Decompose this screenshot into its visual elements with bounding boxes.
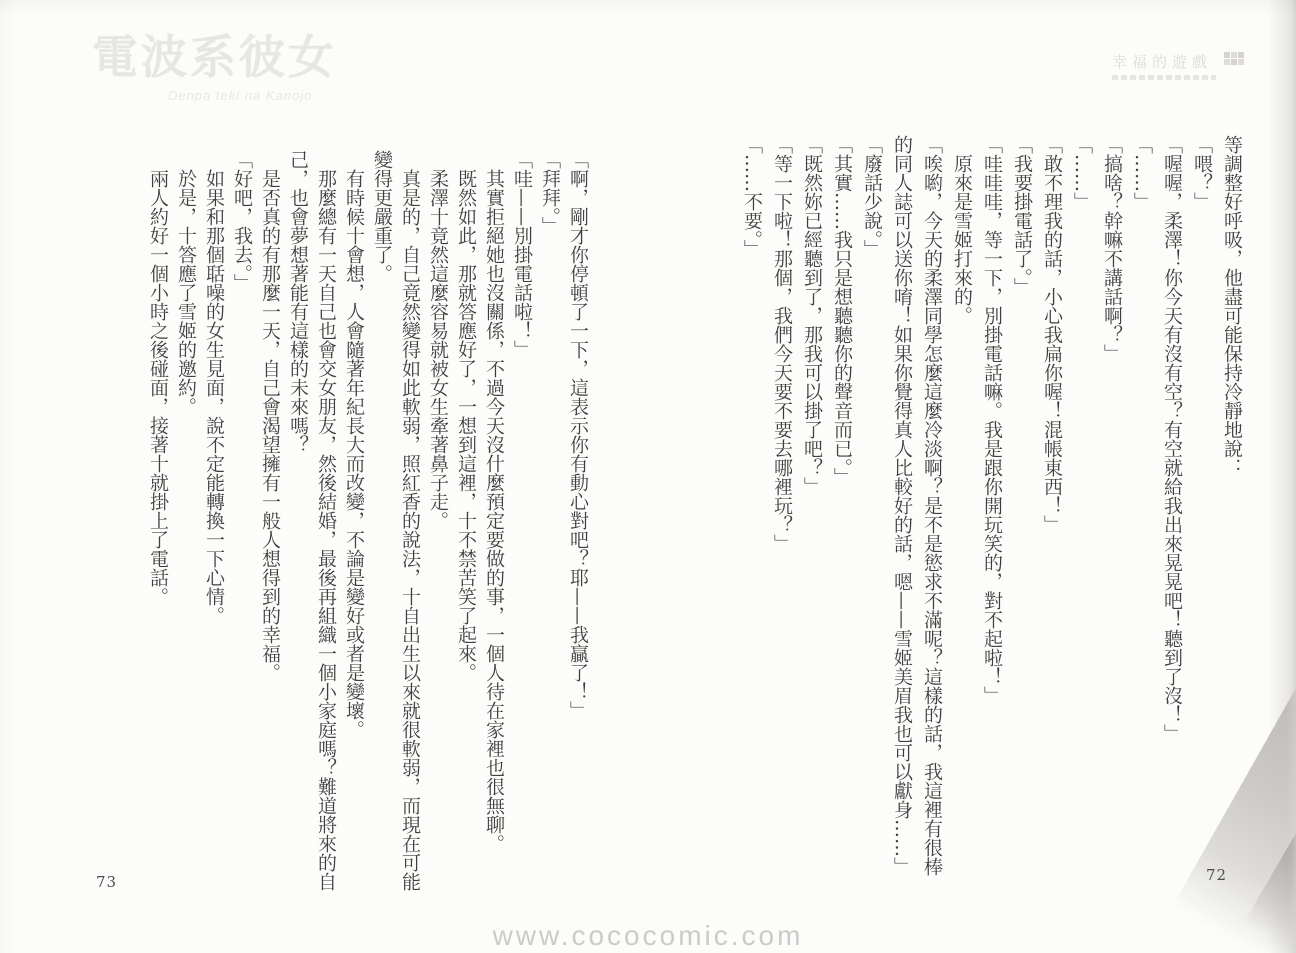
paragraph: 「哇哇哇，等一下，別掛電話嘛。我是跟你開玩笑的，對不起啦！」 bbox=[977, 135, 1007, 880]
paragraph: 等調整好呼吸，他盡可能保持冷靜地說： bbox=[1217, 135, 1247, 880]
paragraph: 「……」 bbox=[1127, 135, 1157, 880]
scan-left-edge bbox=[0, 0, 14, 953]
paragraph: 「啊，剛才你停頓了一下，這表示你有動心對吧？耶——我贏了！」 bbox=[564, 150, 592, 908]
page-number-right: 72 bbox=[1206, 866, 1227, 884]
paragraph: 有時候十會想，人會隨著年紀長大而改變，不論是變好或者是變壞。 bbox=[340, 150, 368, 908]
right-page-text: 等調整好呼吸，他盡可能保持冷靜地說： 「喂？」 「喔喔，柔澤！你今天有沒有空？有… bbox=[735, 135, 1247, 880]
series-logo-romaji: Denpa teki na Kanojo bbox=[168, 88, 312, 103]
chapter-head-marks bbox=[1224, 52, 1246, 78]
paragraph: 「唉喲，今天的柔澤同學怎麼這麼冷淡啊？是不是慾求不滿呢？這樣的話，我這裡有很棒的… bbox=[887, 135, 947, 880]
paragraph: 「既然妳已經聽到了，那我可以掛了吧？」 bbox=[797, 135, 827, 880]
series-logo-title: 電波系彼女 bbox=[92, 34, 337, 80]
left-page-text: 「啊，剛才你停頓了一下，這表示你有動心對吧？耶——我贏了！」 「拜拜。」 「哇—… bbox=[140, 150, 592, 908]
paragraph: 「喔喔，柔澤！你今天有沒有空？有空就給我出來晃晃吧！聽到了沒！」 bbox=[1157, 135, 1187, 880]
paragraph: 如果和那個聒噪的女生見面，說不定能轉換一下心情。 bbox=[200, 150, 228, 908]
paragraph: 兩人約好一個小時之後碰面，接著十就掛上了電話。 bbox=[144, 150, 172, 908]
paragraph: 「廢話少說。」 bbox=[857, 135, 887, 880]
page-number-left: 73 bbox=[96, 873, 117, 891]
paragraph: 既然如此，那就答應好了，一想到這裡，十不禁苦笑了起來。 bbox=[452, 150, 480, 908]
paragraph: 「好吧，我去。」 bbox=[228, 150, 256, 908]
watermark-url: www.cococomic.com bbox=[493, 920, 804, 952]
scan-top-edge bbox=[0, 0, 1296, 16]
paragraph: 「其實……我只是想聽聽你的聲音而已。」 bbox=[827, 135, 857, 880]
paragraph: 「拜拜。」 bbox=[536, 150, 564, 908]
paragraph: 「我要掛電話了。」 bbox=[1007, 135, 1037, 880]
chapter-title: 幸福的遊戲 bbox=[1112, 55, 1216, 70]
paragraph: 是否真的有那麼一天，自己會渴望擁有一般人想得到的幸福。 bbox=[256, 150, 284, 908]
chapter-running-head: 幸福的遊戲 bbox=[1112, 55, 1216, 80]
paragraph: 「哇——別掛電話啦！」 bbox=[508, 150, 536, 908]
paragraph: 原來是雪姬打來的。 bbox=[947, 135, 977, 880]
paragraph: 「喂？」 bbox=[1187, 135, 1217, 880]
paragraph: 其實拒絕她也沒關係，不過今天沒什麼預定要做的事，一個人待在家裡也很無聊。 bbox=[480, 150, 508, 908]
paragraph: 於是，十答應了雪姬的邀約。 bbox=[172, 150, 200, 908]
paragraph: 柔澤十竟然這麼容易就被女生牽著鼻子走。 bbox=[424, 150, 452, 908]
series-logo: 電波系彼女 Denpa teki na Kanojo bbox=[92, 34, 337, 80]
paragraph: 那麼總有一天自己也會交女朋友，然後結婚，最後再組織一個小家庭嗎？難道將來的自己，… bbox=[284, 150, 340, 908]
paragraph: 「……不要。」 bbox=[737, 135, 767, 880]
paragraph: 真是的，自己竟然變得如此軟弱，照紅香的說法，十自出生以來就很軟弱，而現在可能變得… bbox=[368, 150, 424, 908]
paragraph: 「等一下啦！那個，我們今天要不要去哪裡玩？」 bbox=[767, 135, 797, 880]
chapter-subtitle-line bbox=[1112, 75, 1216, 80]
paragraph: 「搞啥？幹嘛不講話啊？」 bbox=[1097, 135, 1127, 880]
paragraph: 「敢不理我的話，小心我扁你喔！混帳東西！」 bbox=[1037, 135, 1067, 880]
paragraph: 「……」 bbox=[1067, 135, 1097, 880]
